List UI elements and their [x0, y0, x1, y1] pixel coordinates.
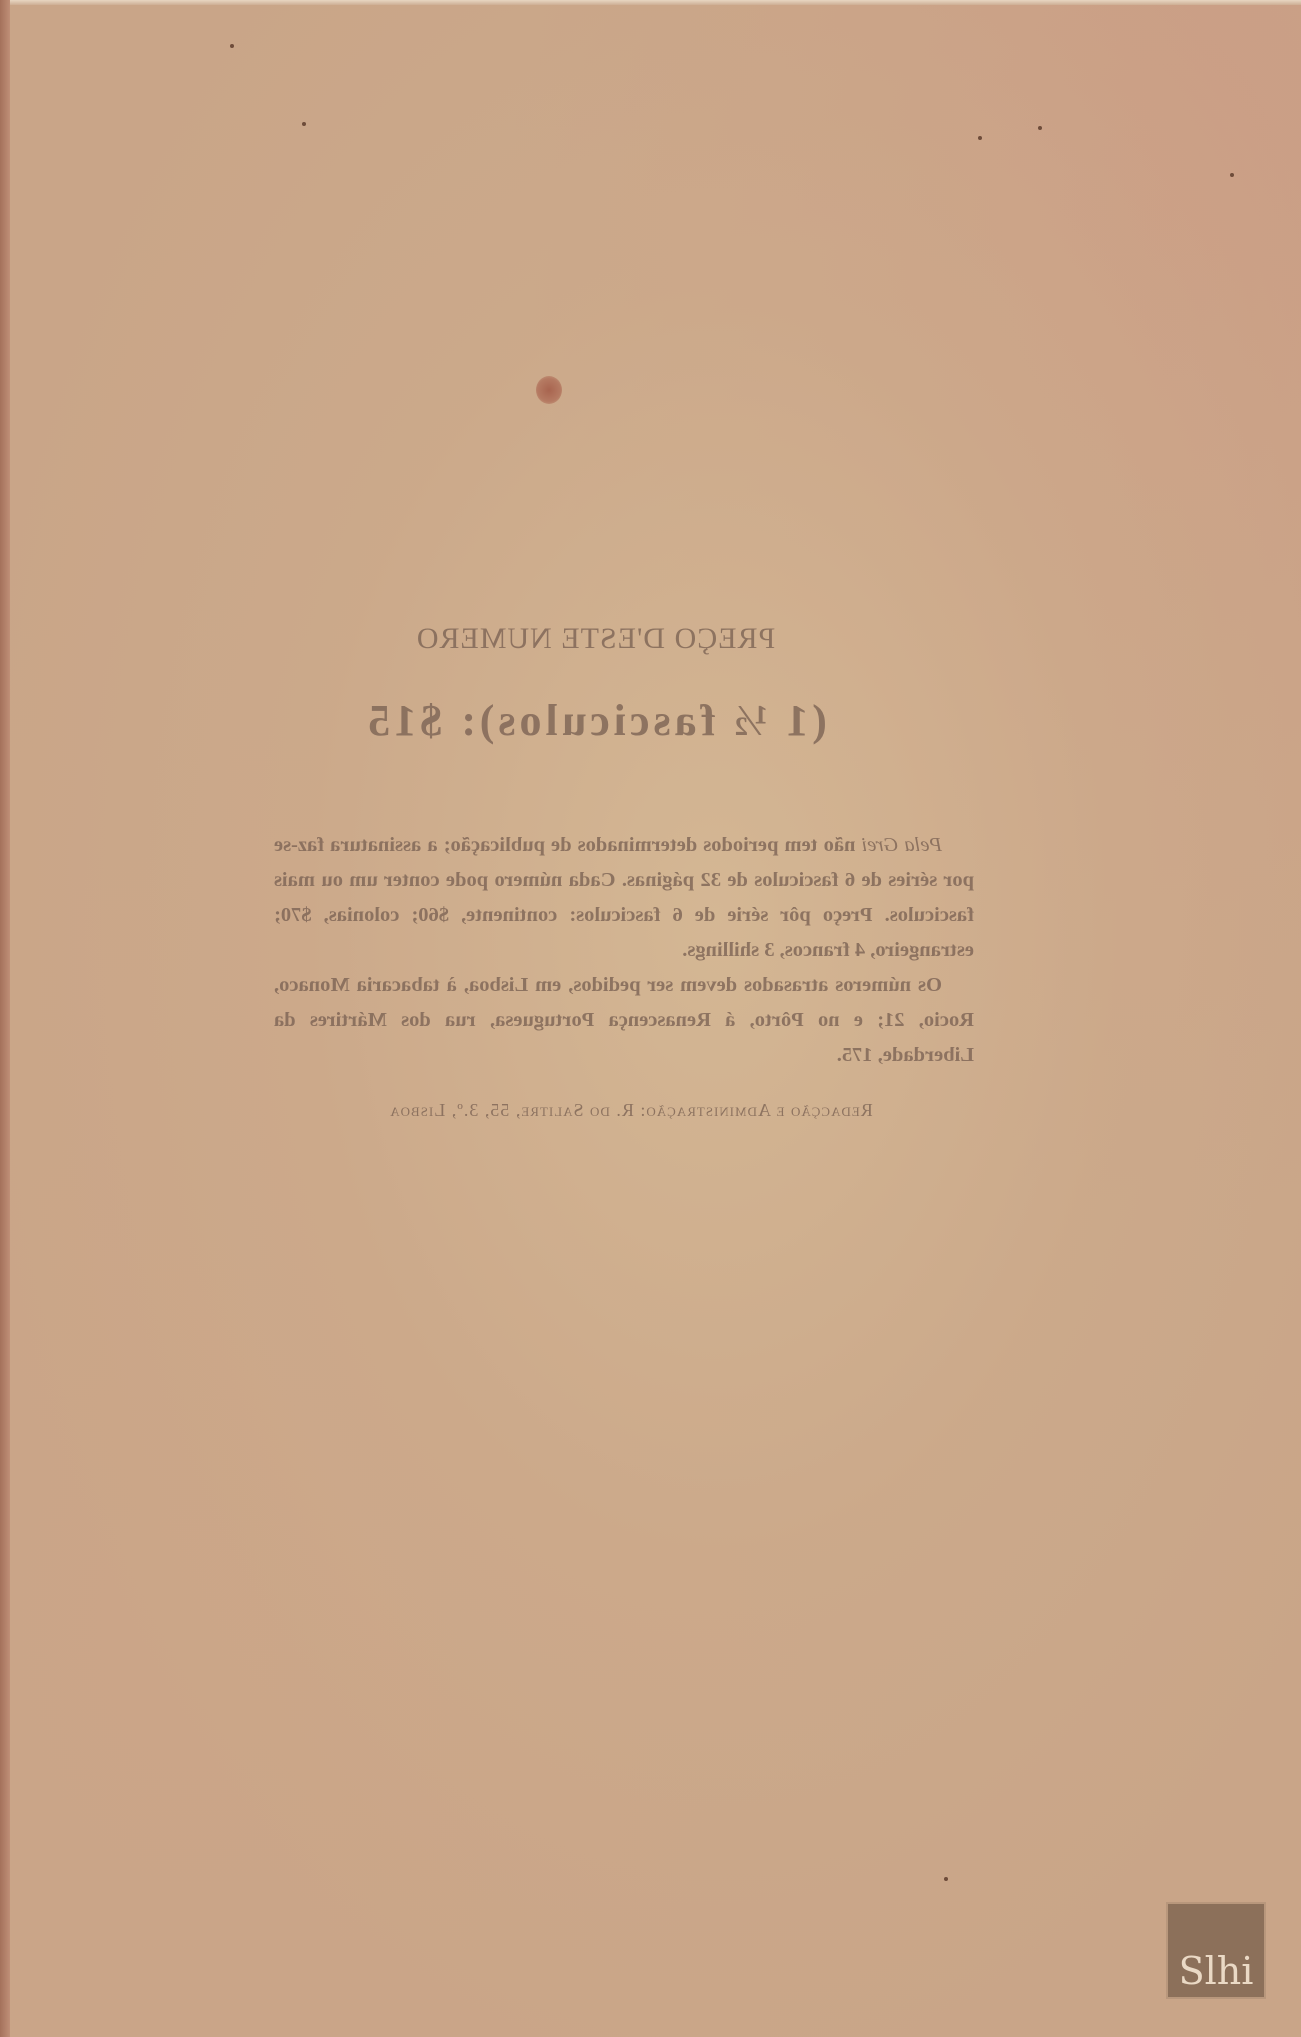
bleed-through-text: PREÇO D'ESTE NUMERO (1 ½ fasciculos): $1… — [0, 0, 1301, 2037]
journal-name: Pela Grei — [862, 834, 942, 856]
paper-page: PREÇO D'ESTE NUMERO (1 ½ fasciculos): $1… — [0, 0, 1301, 2037]
paragraph-text: Os números atrasados devem ser pedidos, … — [274, 974, 974, 1066]
body-text: Pela Grei não tem periodos determinados … — [274, 828, 974, 1073]
watermark-logo: Slhi — [1166, 1902, 1266, 1999]
page-title: PREÇO D'ESTE NUMERO — [0, 622, 1301, 656]
issue-price: (1 ½ fasciculos): $15 — [0, 695, 1301, 746]
paragraph-back-issues: Os números atrasados devem ser pedidos, … — [274, 968, 974, 1073]
address-footer: Redacção e Administração: R. do Salitre,… — [306, 1100, 956, 1121]
paragraph-subscription: Pela Grei não tem periodos determinados … — [274, 828, 974, 968]
